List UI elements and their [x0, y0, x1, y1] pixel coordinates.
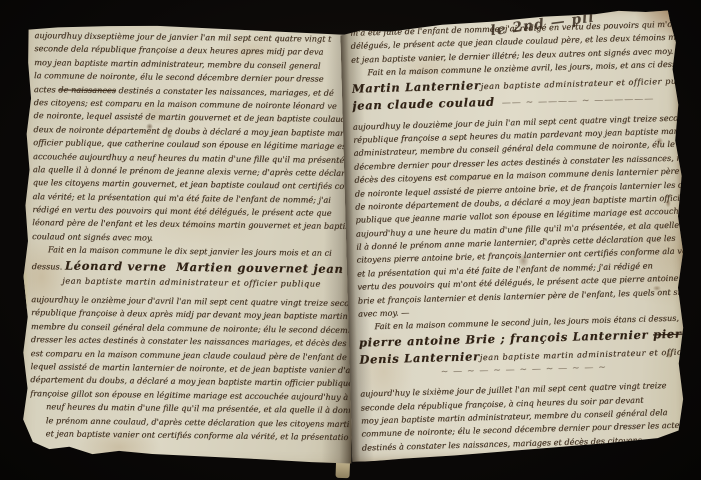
text-segment: jean claude coulaud	[352, 93, 495, 114]
struck-text: pierre antoine Brie	[653, 325, 687, 343]
struck-text: de naissances	[58, 83, 116, 97]
text-segment: Léonard verne	[65, 257, 176, 275]
manuscript-line: et jean baptiste vanier ont certifiés co…	[30, 427, 350, 444]
text-segment: —— ~ ———— ~ ——————	[502, 90, 681, 112]
signature-line: jean baptiste martin administrateur et o…	[31, 274, 351, 291]
left-page: aujourdhuy dixseptième jour de janvier l…	[19, 18, 356, 468]
text-segment: dessus.	[32, 258, 65, 275]
binding-spine-top	[330, 0, 358, 38]
left-page-text: aujourdhuy dixseptième jour de janvier l…	[19, 18, 356, 468]
right-page: m'a été faite de l'enfant de nommée; j'a…	[340, 7, 692, 462]
text-segment: actes	[34, 83, 59, 97]
register-photo: aujourdhuy dixseptième jour de janvier l…	[0, 0, 701, 480]
photo-background: { "palette":{ "bg":"#0d0b08", "paper_lef…	[0, 0, 701, 480]
text-segment: jean baptiste martin administrateur et o…	[62, 274, 321, 291]
text-segment: jean baptiste cou	[313, 260, 351, 277]
right-page-text: m'a été faite de l'enfant de nommée; j'a…	[340, 7, 692, 462]
text-segment: et jean baptiste vanier ont certifiés co…	[46, 427, 349, 444]
text-segment: Martien gouvernet	[176, 258, 314, 277]
